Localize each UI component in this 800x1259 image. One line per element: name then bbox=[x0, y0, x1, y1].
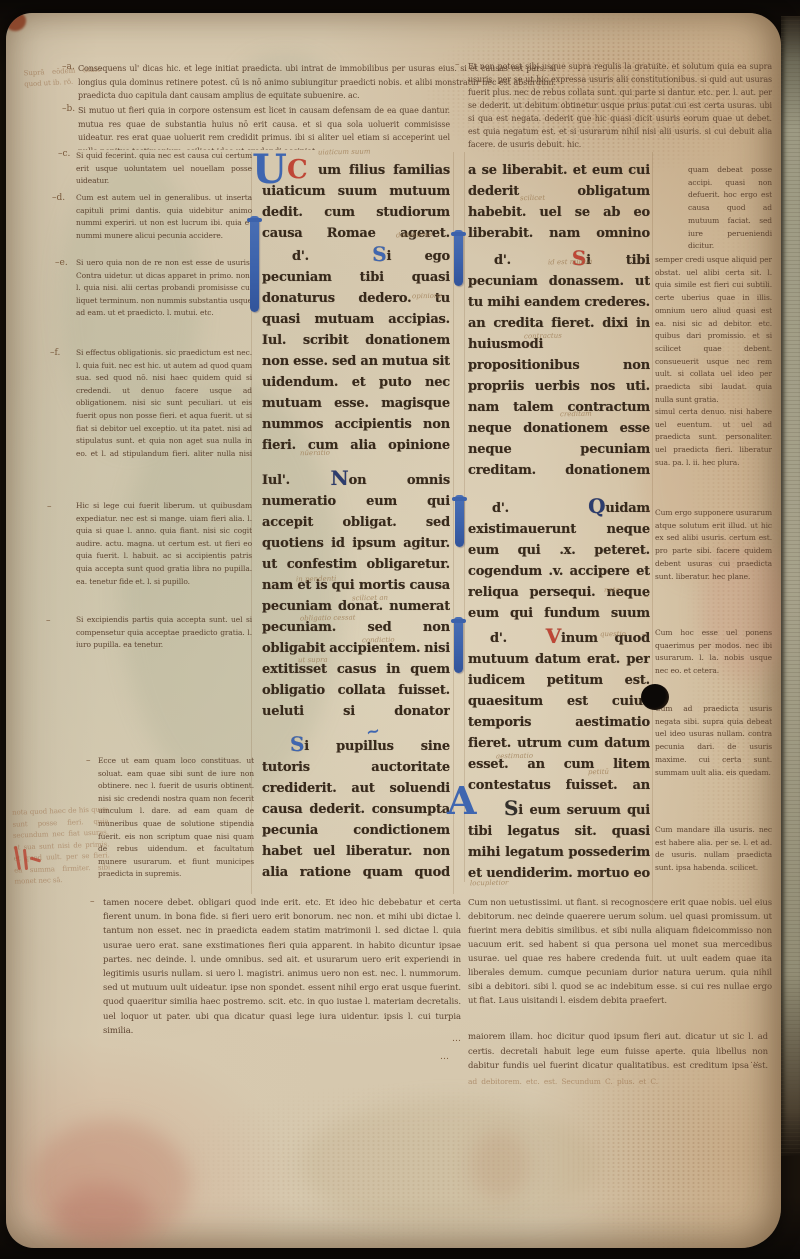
gloss-tie-mark-6: – bbox=[47, 502, 52, 512]
interlinear-note-6: obligatio cessat bbox=[300, 614, 356, 623]
interlinear-note-10: id est mutua bbox=[548, 258, 592, 267]
ruling-line-2 bbox=[464, 152, 465, 882]
gloss-tie-mark-4: –e. bbox=[55, 258, 68, 268]
gloss-tie-mark-11: – bbox=[642, 630, 647, 640]
gloss-tie-mark-10: – bbox=[644, 592, 649, 602]
facing-page-edge-texture bbox=[781, 16, 800, 1156]
gloss-tie-mark-1: –b. bbox=[62, 104, 75, 114]
stain-5 bbox=[300, 1100, 600, 1230]
interlinear-note-9: scilicet bbox=[520, 194, 545, 202]
interlinear-note-2: opinione bbox=[412, 292, 443, 301]
inscription-abbrev: d'. bbox=[492, 501, 564, 516]
main-paragraph-c1p4: Si pupillus sine tutoris auctoritate cre… bbox=[262, 736, 450, 883]
interlinear-note-16: petitū bbox=[588, 768, 609, 776]
illuminated-initial-I-bar bbox=[454, 617, 463, 673]
gloss-tie-mark-5: –f. bbox=[50, 348, 60, 358]
gloss-tie-mark-3: –d. bbox=[52, 193, 65, 203]
gloss-block-right-e: Cum hoc esse uel ponens quaerimus per mo… bbox=[655, 627, 772, 701]
gloss-block-right-d: Cum ergo supponere usurarum atque solutu… bbox=[655, 507, 772, 625]
main-paragraph-c2p5: Si eum seruum qui tibi legatus sit. quas… bbox=[468, 800, 650, 884]
gloss-block-left-4: Si effectus obligationis. sic praedictum… bbox=[76, 347, 252, 462]
main-paragraph-c1p2: d'. Si ego pecuniam tibi quasi donaturus… bbox=[262, 246, 450, 456]
wormhole bbox=[641, 684, 669, 710]
interlinear-note-12: creditam bbox=[560, 410, 592, 419]
main-paragraph-c2p4: d'. Vinum quod mutuum datum erat. per iu… bbox=[468, 628, 650, 796]
gloss-tie-mark-9: – bbox=[646, 506, 651, 516]
interlinear-note-4: in pendenti bbox=[296, 575, 336, 584]
gloss-block-bottom-addendum: maiorem illam. hoc dicitur quod ipsum fi… bbox=[468, 1030, 768, 1075]
illuminated-initial-I-bar bbox=[250, 216, 259, 312]
interlinear-note-13: nota bbox=[604, 586, 620, 594]
interlinear-note-0: uiaticum suum bbox=[318, 148, 371, 157]
interlinear-note-5: scilicet an bbox=[352, 594, 388, 603]
parchment-page: Suprā eōdem titulō — quod ut ib. rō.Cons… bbox=[6, 13, 781, 1248]
gloss-block-left-6: Si excipiendis partis quia accepta sunt.… bbox=[76, 614, 252, 664]
gloss-tie-mark-16: … bbox=[440, 1052, 449, 1062]
gloss-block-left-7: Ecce ut eam quam loco constituas. ut sol… bbox=[98, 755, 254, 905]
gloss-block-bottom-right: Cum non uetustissimi. ut fiant. si recog… bbox=[468, 896, 772, 1022]
inscription-abbrev: d'. bbox=[292, 249, 342, 264]
interlinear-note-1: donaturus bbox=[396, 231, 432, 240]
facing-page-edge bbox=[781, 16, 800, 1156]
main-paragraph-c2p3: d'. Quidam existimauerunt neque eum qui … bbox=[468, 498, 650, 624]
gloss-block-bottom-left: tamen nocere debet. obligari quod inde e… bbox=[103, 896, 461, 1066]
illuminated-initial-I-bar bbox=[454, 230, 463, 286]
gloss-block-right-f: Cum ad praedicta usuris negata sibi. sup… bbox=[655, 703, 772, 821]
main-paragraph-c2p1: a se liberabit. et eum cui dederit oblig… bbox=[468, 160, 650, 244]
inscription-abbrev: d'. bbox=[494, 253, 546, 268]
gloss-tie-mark-14: … bbox=[452, 1034, 461, 1044]
interlinear-note-3: nūeratio bbox=[300, 449, 330, 458]
interlinear-note-8: ut supra bbox=[298, 656, 328, 665]
gloss-block-left-5: Hic si lege cui fuerit liberum. ut quibu… bbox=[76, 500, 252, 613]
illuminated-initial-paraph: ~ bbox=[364, 723, 381, 743]
gloss-tie-mark-2: –c. bbox=[58, 149, 70, 159]
illuminated-initial-init-C: C bbox=[287, 157, 308, 183]
gloss-block-right-b: semper credi usque aliquid per obstat. u… bbox=[655, 254, 772, 404]
gloss-block-top-b: Si mutuo ut fieri quia in corpore ostens… bbox=[78, 104, 450, 150]
rust-mark bbox=[6, 13, 26, 31]
stain-1 bbox=[55, 1185, 150, 1240]
gloss-block-left-1: Si quid fecerint. quia nec est causa cui… bbox=[76, 150, 252, 190]
main-paragraph-c2p2: d'. Si tibi pecuniam donassem. ut tu mih… bbox=[468, 250, 650, 481]
gloss-tie-mark-0: –a. bbox=[62, 62, 75, 72]
inscription-abbrev: d'. bbox=[490, 631, 524, 646]
illuminated-initial-I-bar bbox=[455, 495, 464, 547]
inscription-abbrev: Iul'. bbox=[262, 473, 331, 488]
gloss-tie-mark-12: – bbox=[455, 60, 460, 70]
gloss-block-right-a: quam debeat posse accipi. quasi non defu… bbox=[688, 164, 772, 252]
interlinear-note-7: condictio bbox=[362, 636, 395, 645]
gloss-block-right-top: Et non potest sibi usque supra regulis l… bbox=[468, 60, 772, 162]
interlinear-note-15: aestimatio bbox=[496, 752, 533, 761]
interlinear-note-17: locupletior bbox=[470, 879, 508, 888]
gloss-block-left-3: Si uero quia non de re non est esse de u… bbox=[76, 257, 252, 345]
manuscript-photo: Suprā eōdem titulō — quod ut ib. rō.Cons… bbox=[0, 0, 800, 1259]
illuminated-initial-init-A: A bbox=[447, 782, 476, 820]
gloss-tie-mark-15: … bbox=[750, 1056, 759, 1066]
gloss-tie-mark-8: – bbox=[86, 756, 91, 766]
ruling-line-3 bbox=[652, 152, 653, 912]
interlinear-note-11: contractus bbox=[524, 332, 562, 341]
gloss-tie-mark-7: – bbox=[46, 616, 51, 626]
interlinear-note-14: questio bbox=[600, 630, 626, 638]
gloss-tie-mark-13: – bbox=[90, 897, 95, 907]
illuminated-initial-init-U: U bbox=[252, 150, 287, 190]
gloss-block-right-c: simul certa denuo. nisi habere uel euent… bbox=[655, 406, 772, 506]
gloss-block-left-2: Cum est autem uel in generalibus. ut ins… bbox=[76, 192, 252, 255]
gloss-block-bottom-faint: ad debitorem. etc. est. Secundum C. plus… bbox=[468, 1076, 658, 1088]
